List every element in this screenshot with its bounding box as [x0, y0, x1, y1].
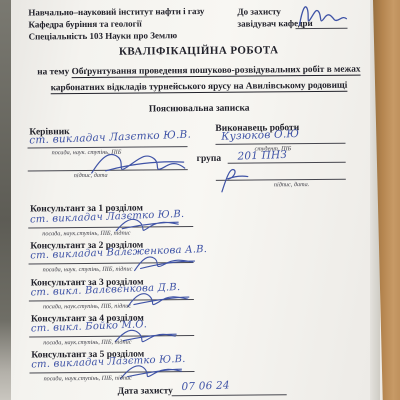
- approval-signature-scribble-icon: [296, 1, 348, 29]
- group-handwritten-value: 201 ПНЗ: [237, 149, 287, 163]
- defense-date-line: 07 06 24: [172, 380, 287, 396]
- consultant-2-signature-scribble-icon: [128, 248, 198, 275]
- theme-prefix: на тему: [37, 67, 69, 77]
- executor-handwritten-name: Кузюков О.Ю: [221, 128, 299, 143]
- department-line: Кафедра буріння та геології: [28, 19, 141, 31]
- consultant-3-caption: посада, наук.ступінь, ПІБ, підпис: [43, 303, 131, 311]
- consultant-4-caption: посада, наук.ступінь, ПІБ, підпис: [43, 339, 131, 347]
- consultant-3-signature-scribble-icon: [123, 285, 193, 312]
- defense-date-handwritten: 07 06 24: [181, 379, 230, 393]
- theme-text-2: карбонатних відкладів турнейського ярусу…: [51, 81, 348, 94]
- theme-line-2: карбонатних відкладів турнейського ярусу…: [23, 80, 375, 93]
- consultant-5-caption: посада, наук.ступінь, ПІБ, підпис: [44, 375, 132, 383]
- consultant-2-caption: посада, наук. ступінь, ПІБ, підпис: [43, 266, 133, 274]
- photographed-title-page: Навчально–науковий інститут нафти і газу…: [0, 0, 400, 400]
- explanatory-note-subtitle: Пояснювальна записка: [19, 102, 379, 115]
- executor-signature-scribble-icon: [216, 164, 256, 194]
- consultant-1-caption: посада, наук.ступінь, ПІБ, підпис: [42, 230, 130, 238]
- institute-line: Навчально–науковий інститут нафти і газу: [28, 6, 204, 19]
- theme-line-1: на тему Обґрунтування проведення пошуков…: [23, 64, 375, 77]
- executor-name-line: Кузюков О.Ю: [215, 129, 345, 145]
- group-value-line: 201 ПНЗ: [228, 150, 346, 164]
- group-label: група: [197, 154, 222, 164]
- executor-sign-caption: підпис, дата.: [274, 181, 309, 188]
- page-content: Навчально–науковий інститут нафти і газу…: [0, 0, 400, 400]
- work-title: КВАЛІФІКАЦІЙНА РОБОТА: [19, 43, 379, 58]
- theme-text-1: Обґрунтування проведення пошуково-розвід…: [72, 65, 361, 78]
- supervisor-sign-caption: підпис, дата: [74, 172, 108, 179]
- specialty-line: Спеціальність 103 Науки про Землю: [29, 30, 178, 43]
- defense-date-label: Дата захисту: [118, 386, 173, 396]
- approval-line: До захисту: [237, 6, 281, 18]
